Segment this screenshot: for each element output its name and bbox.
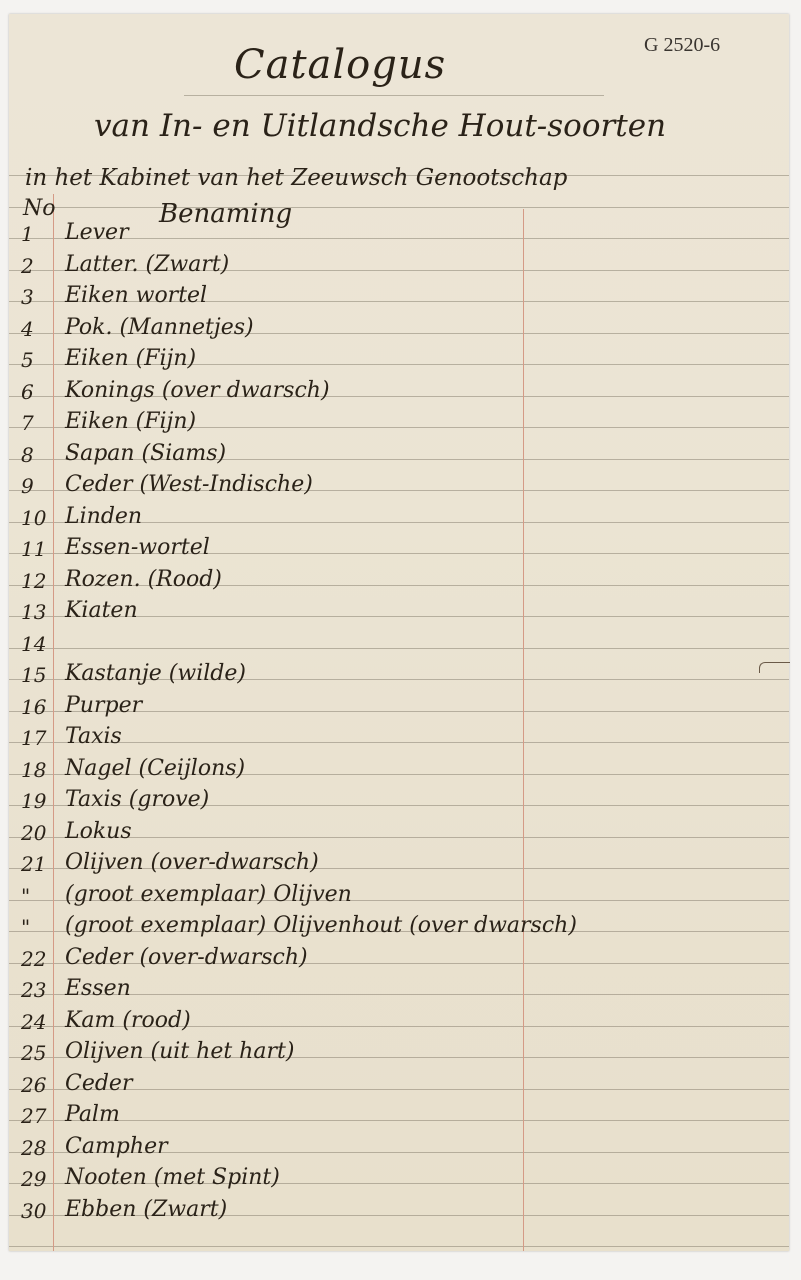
entry-name: Eiken wortel (65, 283, 207, 308)
entry-number: 27 (21, 1104, 59, 1128)
entry-name: Latter. (Zwart) (65, 252, 229, 277)
entry-name: Ceder (65, 1071, 132, 1096)
ruled-line (9, 648, 789, 649)
entry-number: 10 (21, 506, 59, 530)
entry-name: Ceder (over-dwarsch) (65, 945, 308, 970)
entry-name: Olijven (over-dwarsch) (65, 850, 319, 875)
right-column-margin-line (523, 209, 524, 1251)
entry-name: Linden (65, 504, 142, 529)
entry-number: 1 (21, 222, 59, 246)
entry-name: Taxis (grove) (65, 787, 209, 812)
entry-name: Campher (65, 1134, 168, 1159)
entry-number: 29 (21, 1167, 59, 1191)
entry-number: 22 (21, 947, 59, 971)
entry-number: " (21, 915, 59, 939)
entry-number: 15 (21, 663, 59, 687)
entry-number: 24 (21, 1010, 59, 1034)
entry-number: " (21, 884, 59, 908)
ruled-line (9, 1120, 789, 1121)
entry-name: Palm (65, 1102, 120, 1127)
entry-number: 14 (21, 632, 59, 656)
entry-number: 26 (21, 1073, 59, 1097)
entry-number: 6 (21, 380, 59, 404)
ruled-line (9, 207, 789, 208)
entry-name: Ebben (Zwart) (65, 1197, 227, 1222)
entry-name: Essen-wortel (65, 535, 210, 560)
title-underline (184, 95, 604, 96)
entry-name: Ceder (West-Indische) (65, 472, 313, 497)
entry-name: Eiken (Fijn) (65, 346, 196, 371)
entry-number: 2 (21, 254, 59, 278)
entry-name: Kastanje (wilde) (65, 661, 246, 686)
number-column-header: No (23, 196, 56, 221)
entry-number: 28 (21, 1136, 59, 1160)
entry-name: Lever (65, 220, 129, 245)
entry-name: Sapan (Siams) (65, 441, 226, 466)
entry-name: Essen (65, 976, 131, 1001)
entry-name: Eiken (Fijn) (65, 409, 196, 434)
entry-number: 21 (21, 852, 59, 876)
entry-name: (groot exemplaar) Olijvenhout (over dwar… (65, 913, 577, 938)
entry-number: 12 (21, 569, 59, 593)
entry-name: Konings (over dwarsch) (65, 378, 330, 403)
entry-name: Nooten (met Spint) (65, 1165, 280, 1190)
entry-number: 20 (21, 821, 59, 845)
entry-number: 8 (21, 443, 59, 467)
entry-number: 16 (21, 695, 59, 719)
entry-number: 30 (21, 1199, 59, 1223)
subtitle-line-1: van In- en Uitlandsche Hout-soorten (94, 108, 666, 144)
ruled-line (9, 1246, 789, 1247)
entry-name: Olijven (uit het hart) (65, 1039, 294, 1064)
entry-number: 19 (21, 789, 59, 813)
entry-number: 23 (21, 978, 59, 1002)
entry-number: 3 (21, 285, 59, 309)
entry-name: Kam (rood) (65, 1008, 191, 1033)
entry-name: Nagel (Ceijlons) (65, 756, 245, 781)
paper-tear (759, 662, 790, 673)
subtitle-line-2: in het Kabinet van het Zeeuwsch Genootsc… (25, 165, 567, 191)
entry-number: 11 (21, 537, 59, 561)
entry-number: 17 (21, 726, 59, 750)
entry-name: Taxis (65, 724, 122, 749)
entry-number: 5 (21, 348, 59, 372)
entry-name: (groot exemplaar) Olijven (65, 882, 352, 907)
manuscript-page: G 2520-6 Catalogus van In- en Uitlandsch… (9, 14, 789, 1251)
entry-name: Pok. (Mannetjes) (65, 315, 254, 340)
entry-number: 25 (21, 1041, 59, 1065)
name-column-header: Benaming (159, 199, 292, 229)
ruled-line (9, 742, 789, 743)
entry-number: 9 (21, 474, 59, 498)
entry-name: Purper (65, 693, 142, 718)
entry-name: Rozen. (Rood) (65, 567, 222, 592)
reference-number: G 2520-6 (644, 34, 720, 57)
entry-number: 18 (21, 758, 59, 782)
page-title: Catalogus (234, 42, 446, 88)
entry-number: 4 (21, 317, 59, 341)
entry-number: 7 (21, 411, 59, 435)
entry-name: Kiaten (65, 598, 138, 623)
entry-name: Lokus (65, 819, 132, 844)
entry-number: 13 (21, 600, 59, 624)
